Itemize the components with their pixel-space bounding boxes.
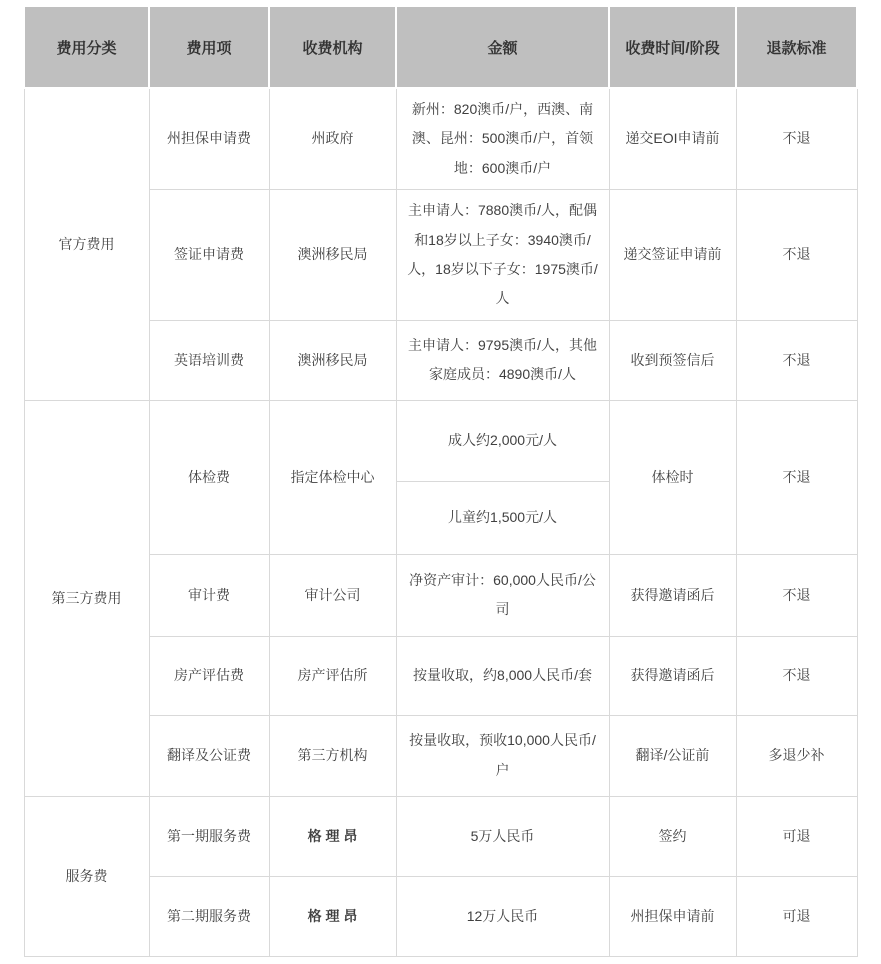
cell-refund: 不退 [736, 190, 857, 321]
cell-item: 第一期服务费 [149, 796, 269, 876]
table-row: 官方费用 州担保申请费 州政府 新州：820澳币/户，西澳、南澳、昆州：500澳… [24, 88, 857, 190]
cell-item: 英语培训费 [149, 320, 269, 400]
cell-amount: 成人约2,000元/人 [396, 400, 609, 481]
cell-item: 签证申请费 [149, 190, 269, 321]
table-row: 英语培训费 澳洲移民局 主申请人：9795澳币/人，其他家庭成员：4890澳币/… [24, 320, 857, 400]
cell-agency: 格 理 昂 [269, 876, 396, 956]
cell-timing: 递交EOI申请前 [609, 88, 736, 190]
cell-category-third-party: 第三方费用 [24, 400, 149, 796]
cell-timing: 收到预签信后 [609, 320, 736, 400]
cell-item: 审计费 [149, 554, 269, 636]
table-row: 签证申请费 澳洲移民局 主申请人：7880澳币/人，配偶和18岁以上子女：394… [24, 190, 857, 321]
cell-category-official: 官方费用 [24, 88, 149, 400]
cell-item: 翻译及公证费 [149, 715, 269, 796]
cell-agency: 房产评估所 [269, 636, 396, 715]
cell-item: 房产评估费 [149, 636, 269, 715]
cell-item: 州担保申请费 [149, 88, 269, 190]
cell-timing: 翻译/公证前 [609, 715, 736, 796]
header-cell-fee-category: 费用分类 [24, 6, 149, 88]
cell-timing: 递交签证申请前 [609, 190, 736, 321]
fee-table: 费用分类 费用项 收费机构 金额 收费时间/阶段 退款标准 官方费用 州担保申请… [23, 5, 858, 957]
cell-amount: 按量收取，预收10,000人民币/户 [396, 715, 609, 796]
cell-refund: 可退 [736, 796, 857, 876]
table-row: 房产评估费 房产评估所 按量收取，约8,000人民币/套 获得邀请函后 不退 [24, 636, 857, 715]
cell-agency: 指定体检中心 [269, 400, 396, 554]
cell-amount: 儿童约1,500元/人 [396, 481, 609, 554]
cell-agency: 澳洲移民局 [269, 190, 396, 321]
header-cell-agency: 收费机构 [269, 6, 396, 88]
cell-item: 体检费 [149, 400, 269, 554]
table-row: 第二期服务费 格 理 昂 12万人民币 州担保申请前 可退 [24, 876, 857, 956]
cell-category-service: 服务费 [24, 796, 149, 956]
cell-timing: 签约 [609, 796, 736, 876]
table-row: 审计费 审计公司 净资产审计：60,000人民币/公司 获得邀请函后 不退 [24, 554, 857, 636]
cell-agency: 审计公司 [269, 554, 396, 636]
header-cell-amount: 金额 [396, 6, 609, 88]
cell-refund: 多退少补 [736, 715, 857, 796]
table-row: 服务费 第一期服务费 格 理 昂 5万人民币 签约 可退 [24, 796, 857, 876]
cell-timing: 体检时 [609, 400, 736, 554]
cell-refund: 不退 [736, 320, 857, 400]
cell-refund: 不退 [736, 88, 857, 190]
cell-timing: 获得邀请函后 [609, 636, 736, 715]
cell-amount: 主申请人：9795澳币/人，其他家庭成员：4890澳币/人 [396, 320, 609, 400]
cell-timing: 获得邀请函后 [609, 554, 736, 636]
cell-agency: 格 理 昂 [269, 796, 396, 876]
cell-amount: 净资产审计：60,000人民币/公司 [396, 554, 609, 636]
header-cell-timing: 收费时间/阶段 [609, 6, 736, 88]
cell-amount: 主申请人：7880澳币/人，配偶和18岁以上子女：3940澳币/人，18岁以下子… [396, 190, 609, 321]
cell-refund: 不退 [736, 554, 857, 636]
fee-table-container: 费用分类 费用项 收费机构 金额 收费时间/阶段 退款标准 官方费用 州担保申请… [0, 0, 881, 957]
cell-agency: 州政府 [269, 88, 396, 190]
cell-amount: 新州：820澳币/户，西澳、南澳、昆州：500澳币/户，首领地：600澳币/户 [396, 88, 609, 190]
table-row: 第三方费用 体检费 指定体检中心 成人约2,000元/人 体检时 不退 [24, 400, 857, 481]
cell-timing: 州担保申请前 [609, 876, 736, 956]
cell-agency: 第三方机构 [269, 715, 396, 796]
table-row: 翻译及公证费 第三方机构 按量收取，预收10,000人民币/户 翻译/公证前 多… [24, 715, 857, 796]
cell-refund: 不退 [736, 636, 857, 715]
cell-amount: 按量收取，约8,000人民币/套 [396, 636, 609, 715]
cell-refund: 不退 [736, 400, 857, 554]
cell-amount: 5万人民币 [396, 796, 609, 876]
table-header-row: 费用分类 费用项 收费机构 金额 收费时间/阶段 退款标准 [24, 6, 857, 88]
cell-agency: 澳洲移民局 [269, 320, 396, 400]
cell-refund: 可退 [736, 876, 857, 956]
cell-item: 第二期服务费 [149, 876, 269, 956]
header-cell-fee-item: 费用项 [149, 6, 269, 88]
header-cell-refund: 退款标准 [736, 6, 857, 88]
cell-amount: 12万人民币 [396, 876, 609, 956]
